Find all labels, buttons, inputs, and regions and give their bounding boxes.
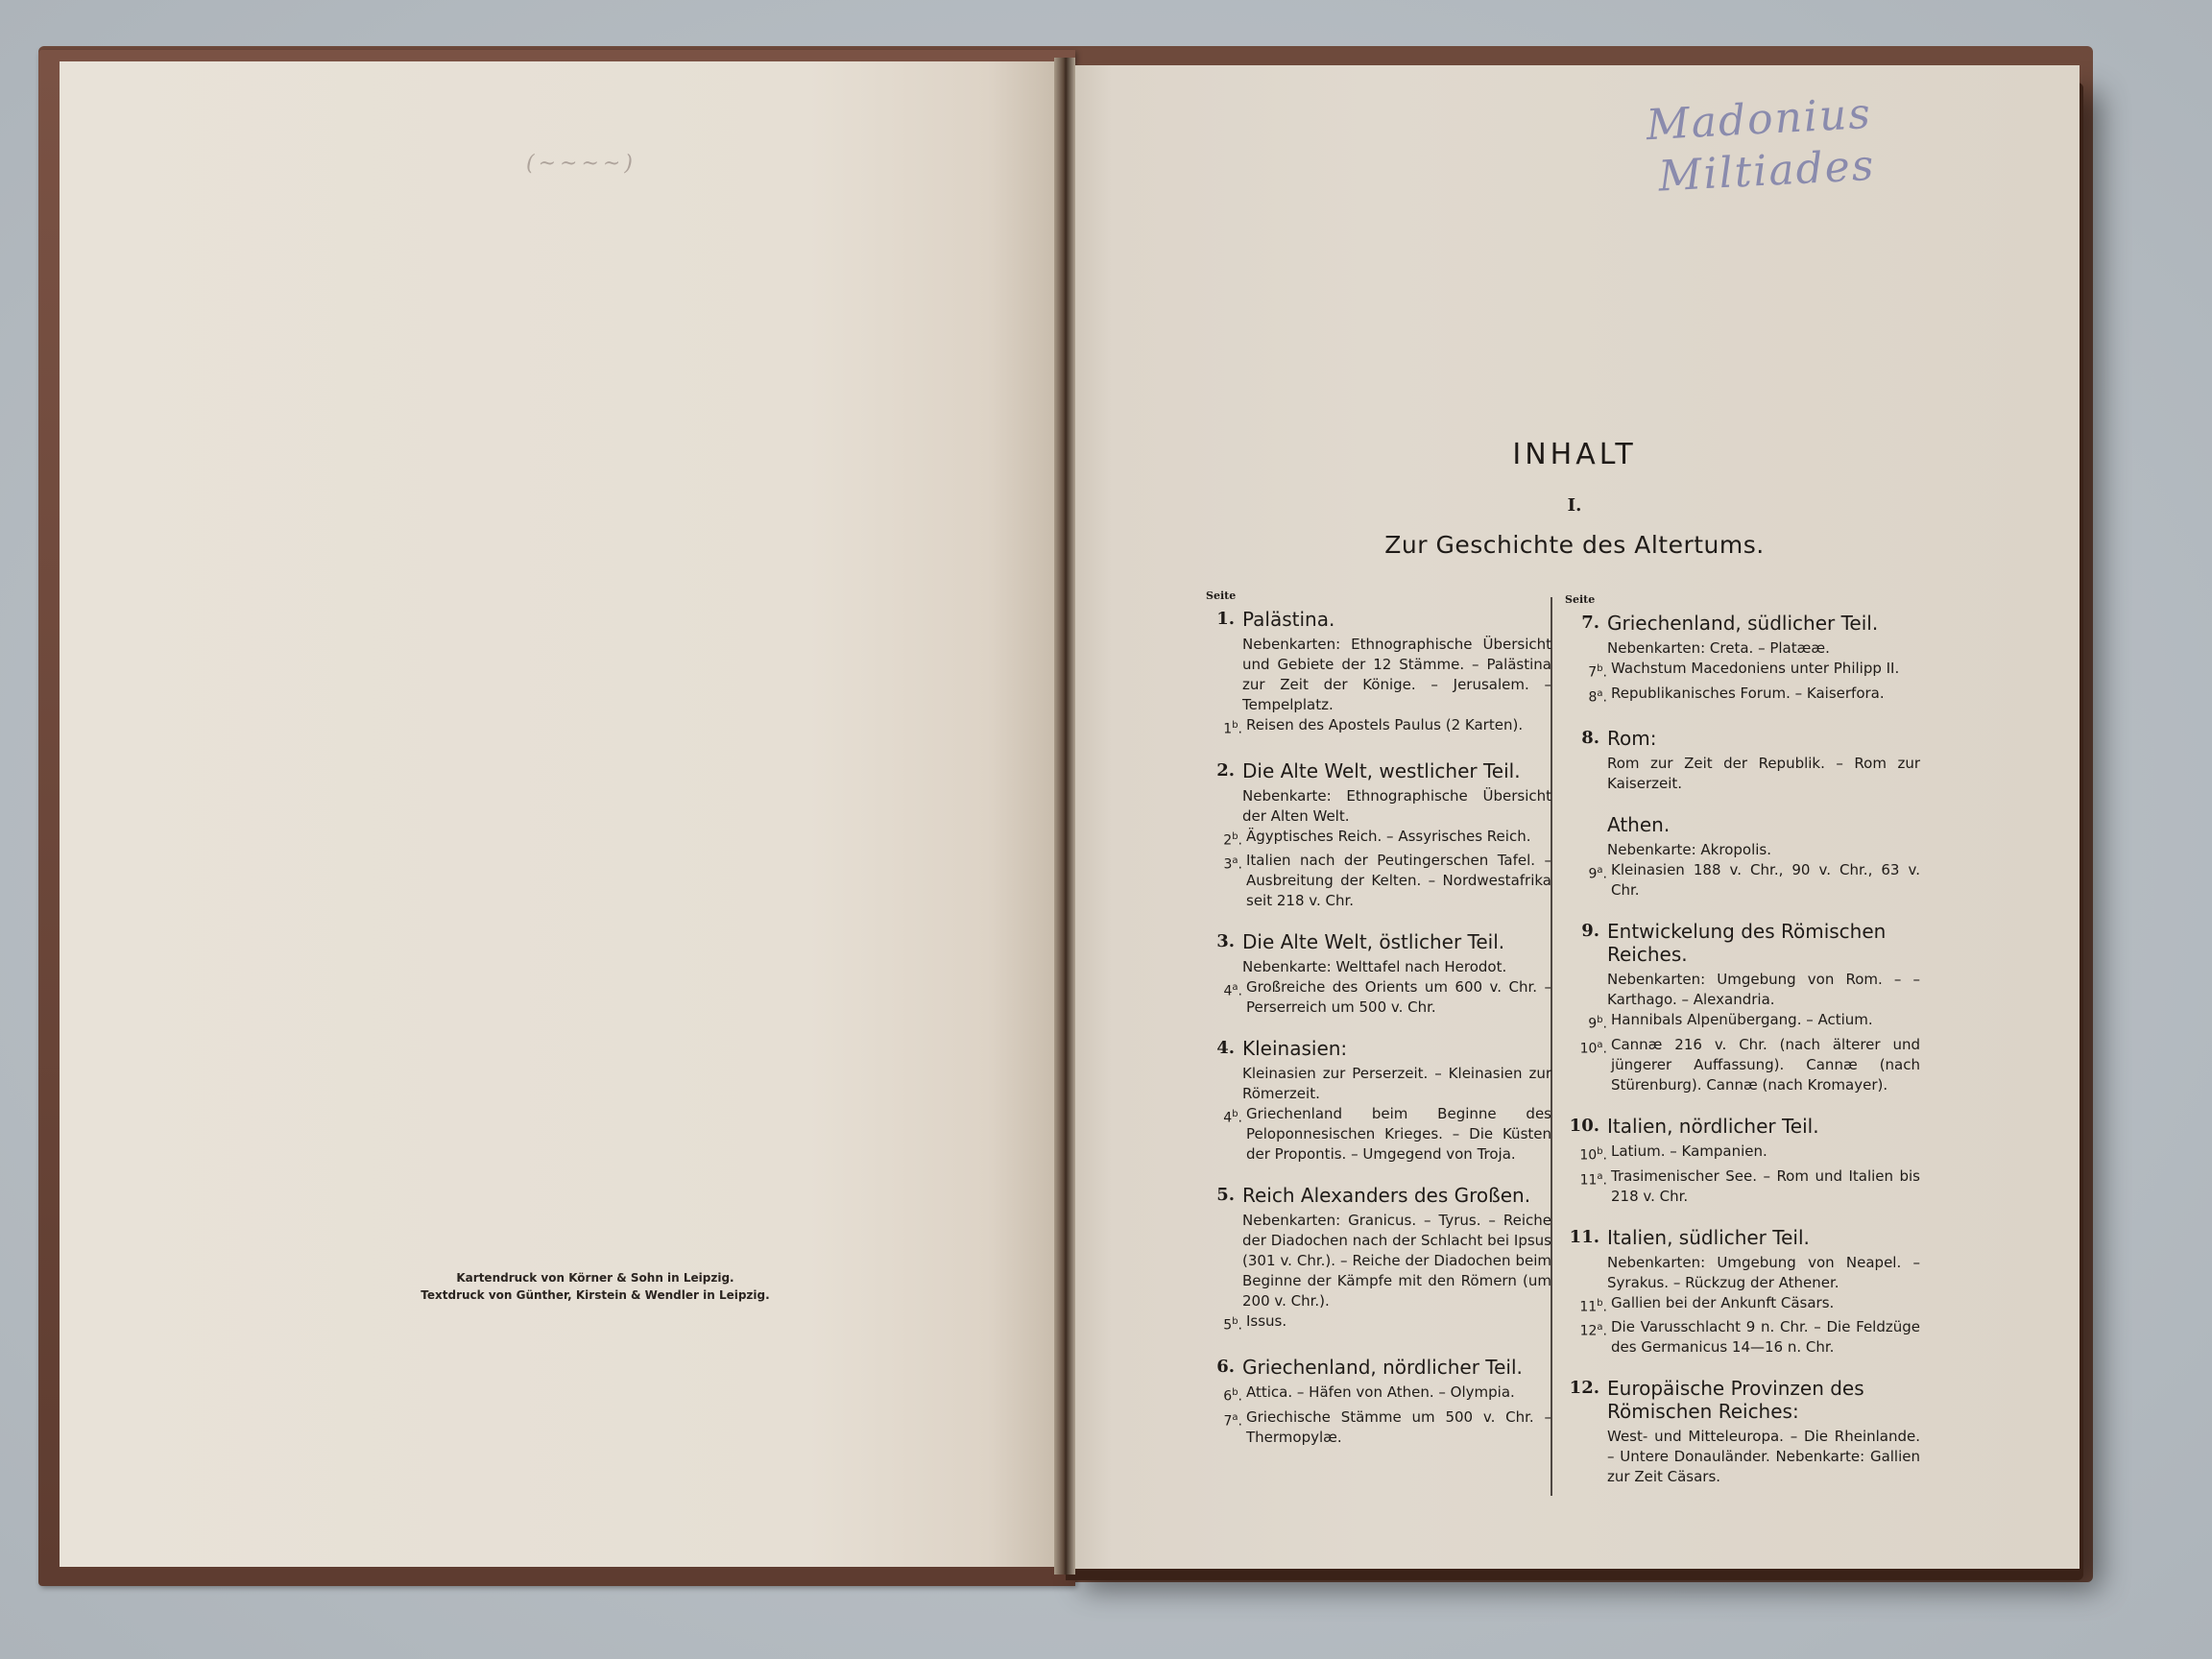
entry-number: 10. [1565,1115,1607,1138]
handwritten-note: Madonius Miltiades [1645,88,1876,204]
toc-entry: 7. Griechenland, südlicher Teil. Nebenka… [1565,612,1920,708]
map-item: 5b. Issus. [1206,1311,1551,1336]
entry-heading: 3. Die Alte Welt, östlicher Teil. [1206,930,1551,953]
entry-title: Palästina. [1242,608,1551,631]
map-number: 11a. [1565,1166,1611,1207]
map-item: 6b. Attica. – Häfen von Athen. – Olympia… [1206,1382,1551,1407]
map-item: 11a. Trasimenischer See. – Rom und Itali… [1565,1166,1920,1207]
entry-heading: 1. Palästina. [1206,608,1551,631]
toc-entry: 4. Kleinasien: Kleinasien zur Perserzeit… [1206,1037,1551,1165]
toc-entry: 2. Die Alte Welt, westlicher Teil. Neben… [1206,759,1551,912]
entry-number: 6. [1206,1356,1242,1379]
entry-title: Reich Alexanders des Großen. [1242,1184,1551,1207]
entry-heading: 2. Die Alte Welt, westlicher Teil. [1206,759,1551,782]
entry-number [1565,813,1607,836]
entry-note: Rom zur Zeit der Republik. – Rom zur Kai… [1565,754,1920,794]
entry-note: Nebenkarte: Welttafel nach Herodot. [1206,957,1551,977]
map-title: Hannibals Alpenübergang. – Actium. [1611,1010,1920,1035]
part-subtitle: Zur Geschichte des Altertums. [1325,531,1824,559]
toc-entry: 3. Die Alte Welt, östlicher Teil. Nebenk… [1206,930,1551,1018]
entry-note: Nebenkarte: Ethnographische Übersicht de… [1206,786,1551,827]
map-item: 11b. Gallien bei der Ankunft Cäsars. [1565,1293,1920,1318]
map-number: 2b. [1206,827,1246,852]
entry-title: Kleinasien: [1242,1037,1551,1060]
map-item: 12a. Die Varusschlacht 9 n. Chr. – Die F… [1565,1317,1920,1358]
map-title: Die Varusschlacht 9 n. Chr. – Die Feldzü… [1611,1317,1920,1358]
entry-heading: 8. Rom: [1565,727,1920,750]
map-number: 9a. [1565,860,1611,901]
entry-number: 8. [1565,727,1607,750]
entry-number: 12. [1565,1377,1607,1423]
map-item: 1b. Reisen des Apostels Paulus (2 Karten… [1206,715,1551,740]
column-header: Seite [1206,589,1551,602]
map-number: 12a. [1565,1317,1611,1358]
map-title: Griechenland beim Beginne des Peloponnes… [1246,1104,1551,1165]
map-item: 9a. Kleinasien 188 v. Chr., 90 v. Chr., … [1565,860,1920,901]
entry-number: 3. [1206,930,1242,953]
entry-title: Griechenland, südlicher Teil. [1607,612,1920,635]
left-page [60,61,1058,1567]
entry-note: Nebenkarten: Umgebung von Rom. – – Karth… [1565,970,1920,1010]
map-number: 11b. [1565,1293,1611,1318]
entry-title: Italien, nördlicher Teil. [1607,1115,1920,1138]
page-title: INHALT [1382,438,1767,471]
entry-number: 4. [1206,1037,1242,1060]
entry-title: Europäische Provinzen des Römischen Reic… [1607,1377,1920,1423]
map-number: 4a. [1206,977,1246,1018]
entry-heading: 4. Kleinasien: [1206,1037,1551,1060]
map-number: 3a. [1206,851,1246,911]
entry-number: 7. [1565,612,1607,635]
map-item: 4a. Großreiche des Orients um 600 v. Chr… [1206,977,1551,1018]
map-item: 7a. Griechische Stämme um 500 v. Chr. – … [1206,1407,1551,1448]
map-number: 6b. [1206,1382,1246,1407]
entry-note: Kleinasien zur Perserzeit. – Kleinasien … [1206,1064,1551,1104]
entry-note: West- und Mitteleuropa. – Die Rheinlande… [1565,1427,1920,1487]
map-item: 10b. Latium. – Kampanien. [1565,1142,1920,1166]
entry-heading: 11. Italien, südlicher Teil. [1565,1226,1920,1249]
entry-note: Nebenkarte: Akropolis. [1565,840,1920,860]
map-title: Griechische Stämme um 500 v. Chr. – Ther… [1246,1407,1551,1448]
entry-title: Die Alte Welt, westlicher Teil. [1242,759,1551,782]
toc-entry: Athen. Nebenkarte: Akropolis. 9a. Kleina… [1565,813,1920,901]
map-number: 1b. [1206,715,1246,740]
map-title: Kleinasien 188 v. Chr., 90 v. Chr., 63 v… [1611,860,1920,901]
map-title: Wachstum Macedoniens unter Philipp II. [1611,659,1920,684]
map-title: Italien nach der Peutingerschen Tafel. –… [1246,851,1551,911]
printer-note-text: Textdruck von Günther, Kirstein & Wendle… [326,1286,864,1304]
map-title: Trasimenischer See. – Rom und Italien bi… [1611,1166,1920,1207]
entry-number: 9. [1565,920,1607,966]
map-item: 3a. Italien nach der Peutingerschen Tafe… [1206,851,1551,911]
entry-note: Nebenkarten: Granicus. – Tyrus. – Reiche… [1206,1211,1551,1311]
map-number: 10b. [1565,1142,1611,1166]
toc-entry: 12. Europäische Provinzen des Römischen … [1565,1377,1920,1487]
entry-note: Nebenkarten: Creta. – Platææ. [1565,638,1920,659]
entry-title: Griechenland, nördlicher Teil. [1242,1356,1551,1379]
toc-column-left: Seite 1. Palästina. Nebenkarten: Ethnogr… [1206,589,1551,1467]
map-number: 10a. [1565,1035,1611,1095]
map-title: Gallien bei der Ankunft Cäsars. [1611,1293,1920,1318]
map-item: 8a. Republikanisches Forum. – Kaiserfora… [1565,684,1920,709]
toc-column-right: Seite 7. Griechenland, südlicher Teil. N… [1565,593,1920,1506]
entry-title: Italien, südlicher Teil. [1607,1226,1920,1249]
entry-heading: 10. Italien, nördlicher Teil. [1565,1115,1920,1138]
entry-number: 2. [1206,759,1242,782]
entry-heading: 9. Entwickelung des Römischen Reiches. [1565,920,1920,966]
entry-title: Rom: [1607,727,1920,750]
map-title: Latium. – Kampanien. [1611,1142,1920,1166]
map-item: 10a. Cannæ 216 v. Chr. (nach älterer und… [1565,1035,1920,1095]
entry-heading: 5. Reich Alexanders des Großen. [1206,1184,1551,1207]
book-gutter [1054,58,1075,1575]
entry-title: Die Alte Welt, östlicher Teil. [1242,930,1551,953]
map-title: Cannæ 216 v. Chr. (nach älterer und jüng… [1611,1035,1920,1095]
faded-stamp: (~~~~) [526,152,670,190]
map-title: Republikanisches Forum. – Kaiserfora. [1611,684,1920,709]
map-item: 4b. Griechenland beim Beginne des Pelopo… [1206,1104,1551,1165]
map-title: Reisen des Apostels Paulus (2 Karten). [1246,715,1551,740]
part-number: I. [1382,495,1767,516]
map-number: 8a. [1565,684,1611,709]
map-number: 7a. [1206,1407,1246,1448]
toc-entry: 9. Entwickelung des Römischen Reiches. N… [1565,920,1920,1095]
entry-heading: Athen. [1565,813,1920,836]
entry-heading: 6. Griechenland, nördlicher Teil. [1206,1356,1551,1379]
entry-number: 5. [1206,1184,1242,1207]
printer-notes: Kartendruck von Körner & Sohn in Leipzig… [326,1269,864,1304]
map-number: 9b. [1565,1010,1611,1035]
map-title: Ägyptisches Reich. – Assyrisches Reich. [1246,827,1551,852]
toc-entry: 6. Griechenland, nördlicher Teil. 6b. At… [1206,1356,1551,1448]
printer-note-maps: Kartendruck von Körner & Sohn in Leipzig… [326,1269,864,1286]
entry-title: Athen. [1607,813,1920,836]
column-header: Seite [1565,593,1920,606]
map-title: Attica. – Häfen von Athen. – Olympia. [1246,1382,1551,1407]
map-item: 9b. Hannibals Alpenübergang. – Actium. [1565,1010,1920,1035]
toc-entry: 5. Reich Alexanders des Großen. Nebenkar… [1206,1184,1551,1336]
toc-entry: 8. Rom: Rom zur Zeit der Republik. – Rom… [1565,727,1920,794]
entry-note: Nebenkarten: Ethnographische Übersicht u… [1206,635,1551,715]
map-number: 7b. [1565,659,1611,684]
entry-number: 1. [1206,608,1242,631]
map-item: 2b. Ägyptisches Reich. – Assyrisches Rei… [1206,827,1551,852]
entry-title: Entwickelung des Römischen Reiches. [1607,920,1920,966]
map-title: Großreiche des Orients um 600 v. Chr. – … [1246,977,1551,1018]
toc-entry: 11. Italien, südlicher Teil. Nebenkarten… [1565,1226,1920,1358]
map-title: Issus. [1246,1311,1551,1336]
entry-note: Nebenkarten: Umgebung von Neapel. – Syra… [1565,1253,1920,1293]
map-number: 5b. [1206,1311,1246,1336]
entry-heading: 7. Griechenland, südlicher Teil. [1565,612,1920,635]
toc-entry: 1. Palästina. Nebenkarten: Ethnographisc… [1206,608,1551,740]
map-item: 7b. Wachstum Macedoniens unter Philipp I… [1565,659,1920,684]
entry-heading: 12. Europäische Provinzen des Römischen … [1565,1377,1920,1423]
toc-entry: 10. Italien, nördlicher Teil. 10b. Latiu… [1565,1115,1920,1207]
entry-number: 11. [1565,1226,1607,1249]
map-number: 4b. [1206,1104,1246,1165]
